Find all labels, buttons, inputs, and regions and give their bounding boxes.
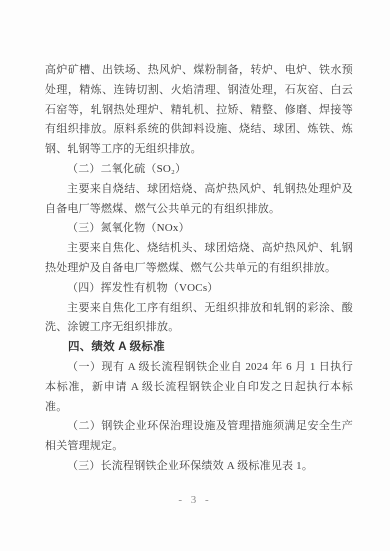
paragraph-so2-sources: 主要来自烧结、球团焙烧、高炉热风炉、轧钢热处理炉及自备电厂等燃煤、燃气公共单元的… <box>45 180 353 220</box>
paragraph-grade-a-item-3: （三）长流程钢铁企业环保绩效 A 级标准见表 1。 <box>45 457 353 477</box>
paragraph-grade-a-item-1: （一）现有 A 级长流程钢铁企业自 2024 年 6 月 1 日执行本标准，新申… <box>45 358 353 417</box>
paragraph-nox-sources: 主要来自焦化、烧结机头、球团焙烧、高炉热风炉、轧钢热处理炉及自备电厂等燃煤、燃气… <box>45 239 353 279</box>
page-number: - 3 - <box>0 494 390 506</box>
document-text-block: 高炉矿槽、出铁场、热风炉、煤粉制备，转炉、电炉、铁水预处理，精炼、连铸切割、火焰… <box>45 61 353 477</box>
document-page: 高炉矿槽、出铁场、热风炉、煤粉制备，转炉、电炉、铁水预处理，精炼、连铸切割、火焰… <box>0 0 390 551</box>
paragraph-grade-a-item-2: （二）钢铁企业环保治理设施及管理措施须满足安全生产相关管理规定。 <box>45 417 353 457</box>
paragraph-organized-emission-sources: 高炉矿槽、出铁场、热风炉、煤粉制备，转炉、电炉、铁水预处理，精炼、连铸切割、火焰… <box>45 61 353 160</box>
paragraph-vocs-sources: 主要来自焦化工序有组织、无组织排放和轧钢的彩涂、酸洗、涂镀工序无组织排放。 <box>45 299 353 339</box>
section-heading-grade-a-standard: 四、绩效 A 级标准 <box>45 338 353 358</box>
subheading-vocs: （四）挥发性有机物（VOCs） <box>45 279 353 299</box>
subheading-nox: （三）氮氧化物（NOx） <box>45 219 353 239</box>
subheading-so2: （二）二氧化硫（SO₂） <box>45 160 353 180</box>
